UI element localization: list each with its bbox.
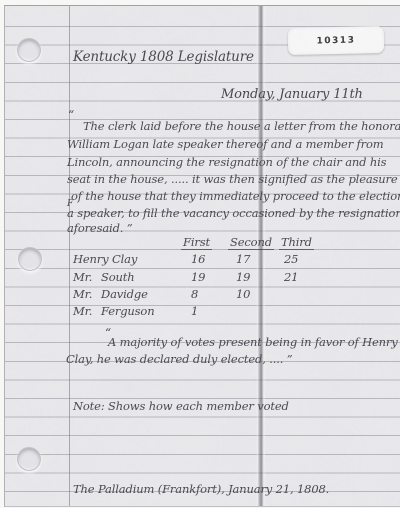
table-row-candidate: Henry Clay [73, 253, 137, 266]
punch-hole-bottom [17, 447, 41, 471]
table-cell-vote: 1 [191, 305, 198, 318]
table-cell-vote: 10 [236, 288, 250, 301]
punch-hole-middle [18, 247, 42, 271]
table-row-candidate: Mr. [73, 305, 92, 318]
punch-hole-top [17, 38, 41, 62]
source-citation: The Palladium (Frankfort), January 21, 1… [73, 483, 329, 496]
page-title: Kentucky 1808 Legislature [73, 51, 254, 64]
paragraph-line: William Logan late speaker thereof and a… [67, 138, 384, 151]
date-line: Monday, January 11th [221, 88, 363, 101]
fold-crease [256, 6, 266, 506]
paragraph-line: Lincoln, announcing the resignation of t… [67, 156, 386, 169]
note-line: Note: Shows how each member voted [73, 400, 289, 413]
table-row-candidate-surname: South [101, 271, 135, 284]
paper-sheet: 10313 Kentucky 1808 Legislature Monday, … [4, 5, 400, 507]
table-header-first: First [181, 236, 212, 249]
table-header-label: Third [279, 235, 314, 250]
catalog-number: 10313 [316, 35, 355, 46]
table-cell-vote: 25 [284, 253, 298, 266]
catalog-number-label: 10313 [288, 26, 385, 55]
margin-line [69, 6, 70, 506]
table-header-label: Second [228, 235, 274, 250]
opening-quote-mark: “ [68, 109, 74, 122]
table-cell-vote: 19 [191, 271, 205, 284]
table-header-label: First [181, 235, 212, 250]
table-header-second: Second [228, 236, 274, 249]
table-cell-vote: 17 [236, 253, 250, 266]
table-row-candidate: Mr. [73, 288, 92, 301]
table-row-candidate-surname: Davidge [101, 288, 148, 301]
result-line: A majority of votes present being in fav… [108, 336, 398, 349]
table-header-third: Third [279, 236, 314, 249]
result-line: Clay, he was declared duly elected, ....… [66, 353, 293, 366]
paragraph-line: of the house that they immediately proce… [71, 190, 400, 203]
table-row-candidate-surname: Ferguson [101, 305, 154, 318]
paragraph-line: aforesaid. ” [67, 222, 133, 235]
table-cell-vote: 16 [191, 253, 205, 266]
table-row-candidate: Mr. [73, 271, 92, 284]
table-cell-vote: 19 [236, 271, 250, 284]
table-cell-vote: 8 [191, 288, 198, 301]
paragraph-line: seat in the house, ..... it was then sig… [67, 173, 398, 186]
table-cell-vote: 21 [284, 271, 298, 284]
paragraph-line: a speaker, to fill the vacancy occasione… [67, 207, 400, 220]
paragraph-line: The clerk laid before the house a letter… [83, 120, 400, 133]
scanned-notebook-page: { "document": { "catalog_label": "10313"… [0, 0, 400, 508]
